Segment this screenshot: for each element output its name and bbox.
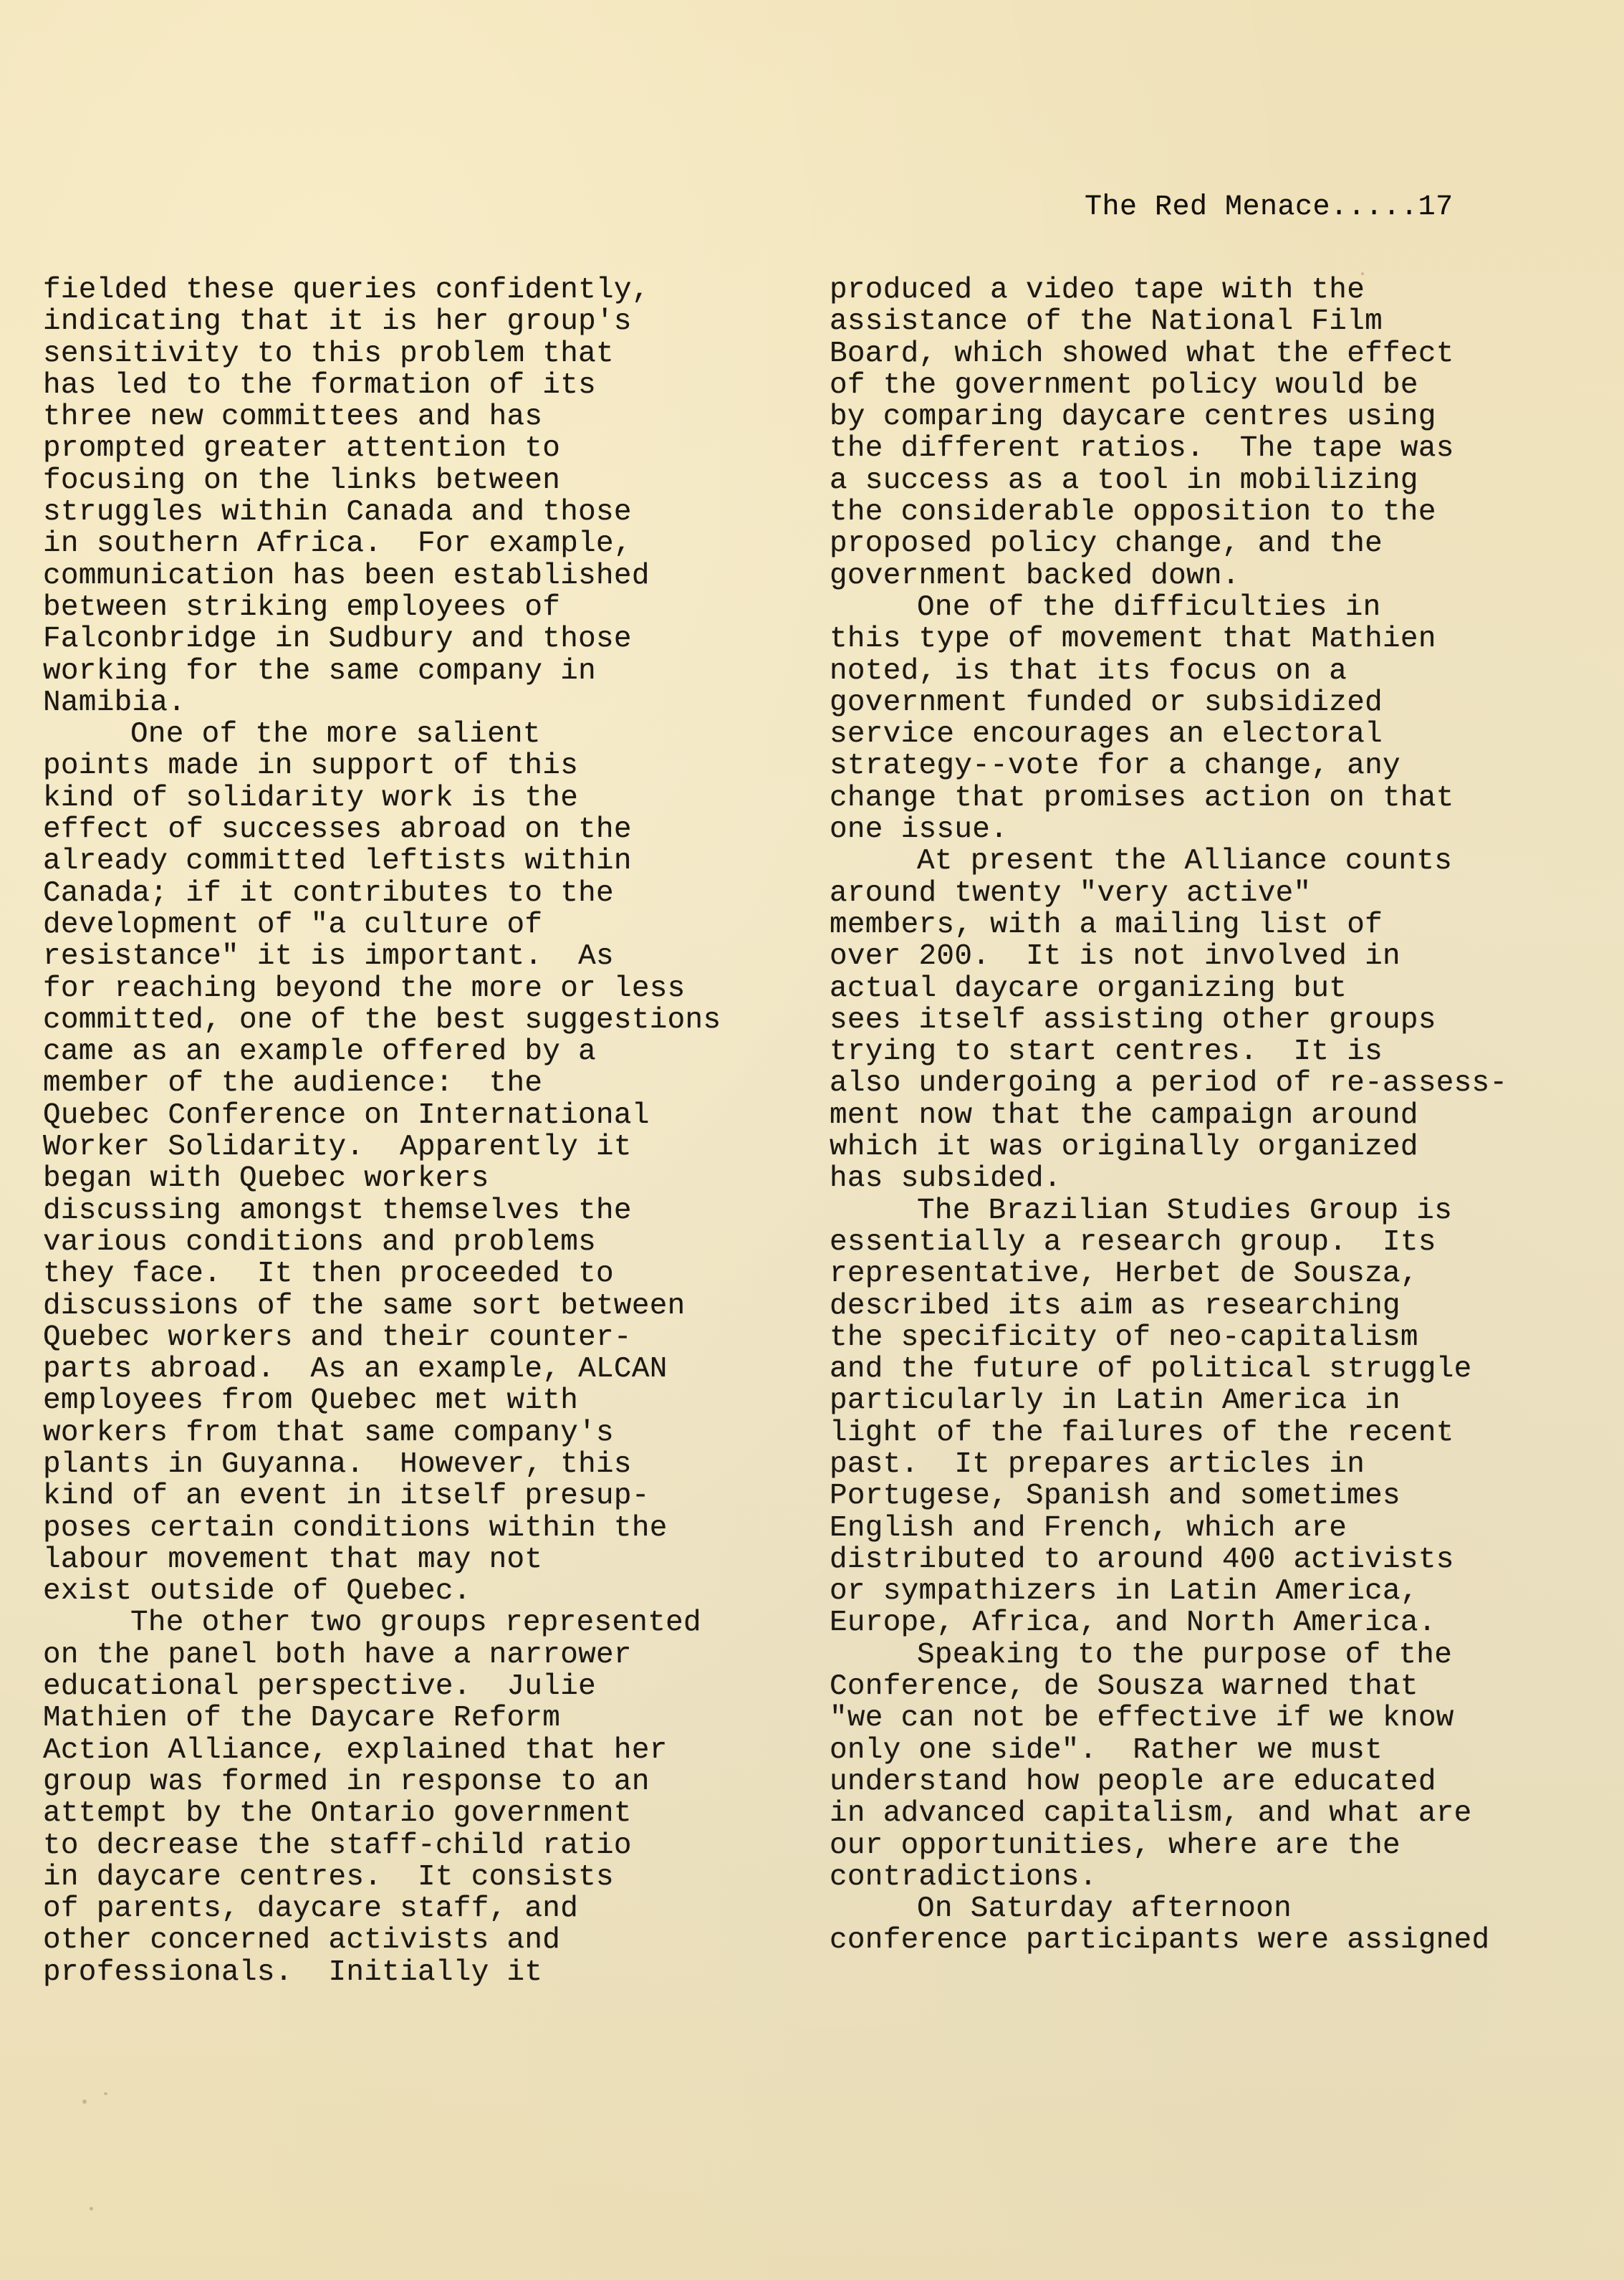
text-line: the considerable opposition to the <box>830 497 1507 528</box>
text-line: over 200. It is not involved in <box>830 941 1507 972</box>
text-line: other concerned activists and <box>43 1925 721 1956</box>
paper-fleck <box>90 2207 93 2210</box>
text-line: indicating that it is her group's <box>43 306 721 337</box>
text-line: Quebec workers and their counter- <box>43 1322 721 1354</box>
text-line: On Saturday afternoon <box>830 1893 1507 1925</box>
text-line: contradictions. <box>830 1862 1507 1893</box>
text-line: in southern Africa. For example, <box>43 528 721 560</box>
text-line: discussions of the same sort between <box>43 1290 721 1322</box>
text-line: poses certain conditions within the <box>43 1513 721 1544</box>
text-line: also undergoing a period of re-assess- <box>830 1068 1507 1099</box>
text-line: began with Quebec workers <box>43 1163 721 1194</box>
text-line: of parents, daycare staff, and <box>43 1893 721 1925</box>
text-line: Europe, Africa, and North America. <box>830 1607 1507 1639</box>
text-line: for reaching beyond the more or less <box>43 973 721 1005</box>
text-line: English and French, which are <box>830 1513 1507 1544</box>
text-line: produced a video tape with the <box>830 274 1507 306</box>
text-line: already committed leftists within <box>43 846 721 877</box>
text-line: labour movement that may not <box>43 1544 721 1576</box>
text-line: our opportunities, where are the <box>830 1830 1507 1862</box>
text-line: government backed down. <box>830 560 1507 592</box>
text-line: around twenty "very active" <box>830 878 1507 909</box>
text-line: workers from that same company's <box>43 1417 721 1449</box>
text-line: Action Alliance, explained that her <box>43 1735 721 1766</box>
text-line: this type of movement that Mathien <box>830 623 1507 655</box>
text-line: in advanced capitalism, and what are <box>830 1798 1507 1829</box>
text-line: actual daycare organizing but <box>830 973 1507 1005</box>
text-line: group was formed in response to an <box>43 1766 721 1798</box>
text-line: only one side". Rather we must <box>830 1735 1507 1766</box>
text-line: parts abroad. As an example, ALCAN <box>43 1354 721 1385</box>
text-line: essentially a research group. Its <box>830 1227 1507 1258</box>
text-column-left: fielded these queries confidently,indica… <box>43 274 721 1988</box>
text-line: the different ratios. The tape was <box>830 433 1507 464</box>
text-line: various conditions and problems <box>43 1227 721 1258</box>
text-line: effect of successes abroad on the <box>43 814 721 846</box>
text-line: members, with a mailing list of <box>830 909 1507 941</box>
text-line: trying to start centres. It is <box>830 1036 1507 1068</box>
text-line: "we can not be effective if we know <box>830 1702 1507 1734</box>
text-line: distributed to around 400 activists <box>830 1544 1507 1576</box>
text-line: Namibia. <box>43 687 721 719</box>
text-line: communication has been established <box>43 560 721 592</box>
text-line: proposed policy change, and the <box>830 528 1507 560</box>
text-line: The Brazilian Studies Group is <box>830 1195 1507 1227</box>
text-line: has subsided. <box>830 1163 1507 1194</box>
text-line: Portugese, Spanish and sometimes <box>830 1480 1507 1512</box>
text-line: professionals. Initially it <box>43 1957 721 1988</box>
text-line: exist outside of Quebec. <box>43 1576 721 1607</box>
text-line: they face. It then proceeded to <box>43 1258 721 1290</box>
text-line: a success as a tool in mobilizing <box>830 465 1507 497</box>
paper-fleck <box>82 2099 87 2104</box>
text-line: educational perspective. Julie <box>43 1671 721 1702</box>
text-line: Falconbridge in Sudbury and those <box>43 623 721 655</box>
text-line: attempt by the Ontario government <box>43 1798 721 1829</box>
text-line: plants in Guyanna. However, this <box>43 1449 721 1480</box>
text-line: assistance of the National Film <box>830 306 1507 337</box>
text-line: Quebec Conference on International <box>43 1100 721 1131</box>
text-line: prompted greater attention to <box>43 433 721 464</box>
text-line: sees itself assisting other groups <box>830 1005 1507 1036</box>
text-line: focusing on the links between <box>43 465 721 497</box>
text-line: on the panel both have a narrower <box>43 1639 721 1671</box>
text-line: member of the audience: the <box>43 1068 721 1099</box>
text-line: Board, which showed what the effect <box>830 338 1507 370</box>
running-header: The Red Menace.....17 <box>1085 192 1454 224</box>
text-line: fielded these queries confidently, <box>43 274 721 306</box>
text-line: past. It prepares articles in <box>830 1449 1507 1480</box>
dot-leader: ..... <box>1330 191 1418 224</box>
text-line: discussing amongst themselves the <box>43 1195 721 1227</box>
text-line: described its aim as researching <box>830 1290 1507 1322</box>
text-line: came as an example offered by a <box>43 1036 721 1068</box>
text-line: One of the more salient <box>43 719 721 750</box>
text-line: in daycare centres. It consists <box>43 1862 721 1893</box>
text-line: development of "a culture of <box>43 909 721 941</box>
text-line: noted, is that its focus on a <box>830 656 1507 687</box>
text-line: Conference, de Sousza warned that <box>830 1671 1507 1702</box>
text-line: sensitivity to this problem that <box>43 338 721 370</box>
text-line: strategy--vote for a change, any <box>830 750 1507 782</box>
text-line: light of the failures of the recent <box>830 1417 1507 1449</box>
text-line: representative, Herbet de Sousza, <box>830 1258 1507 1290</box>
page-number: 17 <box>1418 191 1454 224</box>
text-line: ment now that the campaign around <box>830 1100 1507 1131</box>
text-line: government funded or subsidized <box>830 687 1507 719</box>
text-line: by comparing daycare centres using <box>830 401 1507 433</box>
text-line: Worker Solidarity. Apparently it <box>43 1131 721 1163</box>
text-line: working for the same company in <box>43 656 721 687</box>
text-line: employees from Quebec met with <box>43 1385 721 1417</box>
text-line: change that promises action on that <box>830 782 1507 814</box>
text-line: The other two groups represented <box>43 1607 721 1639</box>
paper-fleck <box>104 2092 107 2095</box>
text-line: to decrease the staff-child ratio <box>43 1830 721 1862</box>
text-line: Mathien of the Daycare Reform <box>43 1702 721 1734</box>
text-column-right: produced a video tape with theassistance… <box>830 274 1507 1957</box>
text-line: service encourages an electoral <box>830 719 1507 750</box>
text-line: three new committees and has <box>43 401 721 433</box>
text-line: conference participants were assigned <box>830 1925 1507 1956</box>
text-line: Canada; if it contributes to the <box>43 878 721 909</box>
text-line: points made in support of this <box>43 750 721 782</box>
text-line: kind of an event in itself presup- <box>43 1480 721 1512</box>
text-line: the specificity of neo-capitalism <box>830 1322 1507 1354</box>
publication-title: The Red Menace <box>1085 191 1330 224</box>
text-line: resistance" it is important. As <box>43 941 721 972</box>
text-line: At present the Alliance counts <box>830 846 1507 877</box>
text-line: particularly in Latin America in <box>830 1385 1507 1417</box>
text-line: One of the difficulties in <box>830 592 1507 623</box>
text-line: or sympathizers in Latin America, <box>830 1576 1507 1607</box>
text-line: between striking employees of <box>43 592 721 623</box>
text-line: committed, one of the best suggestions <box>43 1005 721 1036</box>
text-line: has led to the formation of its <box>43 370 721 401</box>
text-line: understand how people are educated <box>830 1766 1507 1798</box>
text-line: one issue. <box>830 814 1507 846</box>
text-line: of the government policy would be <box>830 370 1507 401</box>
text-line: and the future of political struggle <box>830 1354 1507 1385</box>
text-line: which it was originally organized <box>830 1131 1507 1163</box>
text-line: struggles within Canada and those <box>43 497 721 528</box>
text-line: kind of solidarity work is the <box>43 782 721 814</box>
text-line: Speaking to the purpose of the <box>830 1639 1507 1671</box>
